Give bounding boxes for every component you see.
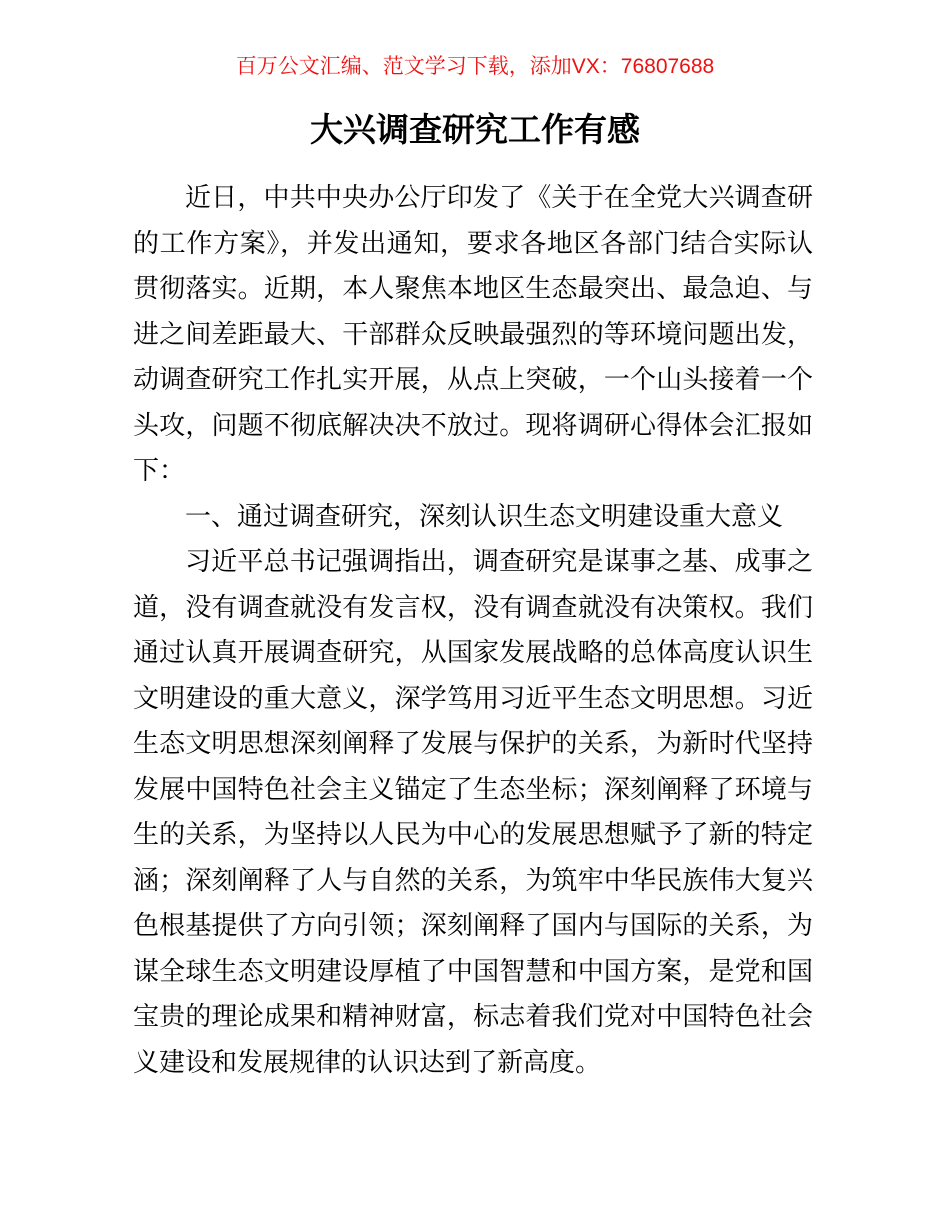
document-title: 大兴调查研究工作有感 xyxy=(0,104,950,156)
text-line: 习近平总书记强调指出，调查研究是谋事之基、成事之 xyxy=(133,539,813,585)
text-line: 下： xyxy=(133,448,813,494)
header-notice: 百万公文汇编、范文学习下载，添加VX：76807688 xyxy=(0,52,950,82)
text-line: 通过认真开展调查研究，从国家发展战略的总体高度认识生态 xyxy=(133,630,813,676)
text-line: 进之间差距最大、干部群众反映最强烈的等环境问题出发，推 xyxy=(133,312,813,358)
text-line: 近日，中共中央办公厅印发了《关于在全党大兴调查研究 xyxy=(133,175,813,221)
text-line: 头攻，问题不彻底解决决不放过。现将调研心得体会汇报如 xyxy=(133,403,813,449)
text-line: 谋全球生态文明建设厚植了中国智慧和中国方案，是党和国家 xyxy=(133,949,813,995)
text-line: 道，没有调查就没有发言权，没有调查就没有决策权。我们要 xyxy=(133,585,813,631)
text-line: 动调查研究工作扎实开展，从点上突破，一个山头接着一个山 xyxy=(133,357,813,403)
text-line: 的工作方案》，并发出通知，要求各地区各部门结合实际认真 xyxy=(133,221,813,267)
text-line: 宝贵的理论成果和精神财富，标志着我们党对中国特色社会主 xyxy=(133,994,813,1040)
text-line: 义建设和发展规律的认识达到了新高度。 xyxy=(133,1040,813,1086)
text-line: 生态文明思想深刻阐释了发展与保护的关系，为新时代坚持和 xyxy=(133,721,813,767)
text-line: 发展中国特色社会主义锚定了生态坐标；深刻阐释了环境与民 xyxy=(133,767,813,813)
text-line: 色根基提供了方向引领；深刻阐释了国内与国际的关系，为共 xyxy=(133,903,813,949)
text-line: 生的关系，为坚持以人民为中心的发展思想赋予了新的特定内 xyxy=(133,812,813,858)
document-body: 近日，中共中央办公厅印发了《关于在全党大兴调查研究的工作方案》，并发出通知，要求… xyxy=(133,175,813,1085)
text-line: 文明建设的重大意义，深学笃用习近平生态文明思想。习近平 xyxy=(133,676,813,722)
text-line: 贯彻落实。近期，本人聚焦本地区生态最突出、最急迫、与先 xyxy=(133,266,813,312)
text-line: 涵；深刻阐释了人与自然的关系，为筑牢中华民族伟大复兴绿 xyxy=(133,858,813,904)
document-page: { "document": { "header_notice": { "text… xyxy=(0,0,950,1230)
section-heading: 一、通过调查研究，深刻认识生态文明建设重大意义 xyxy=(133,494,813,540)
